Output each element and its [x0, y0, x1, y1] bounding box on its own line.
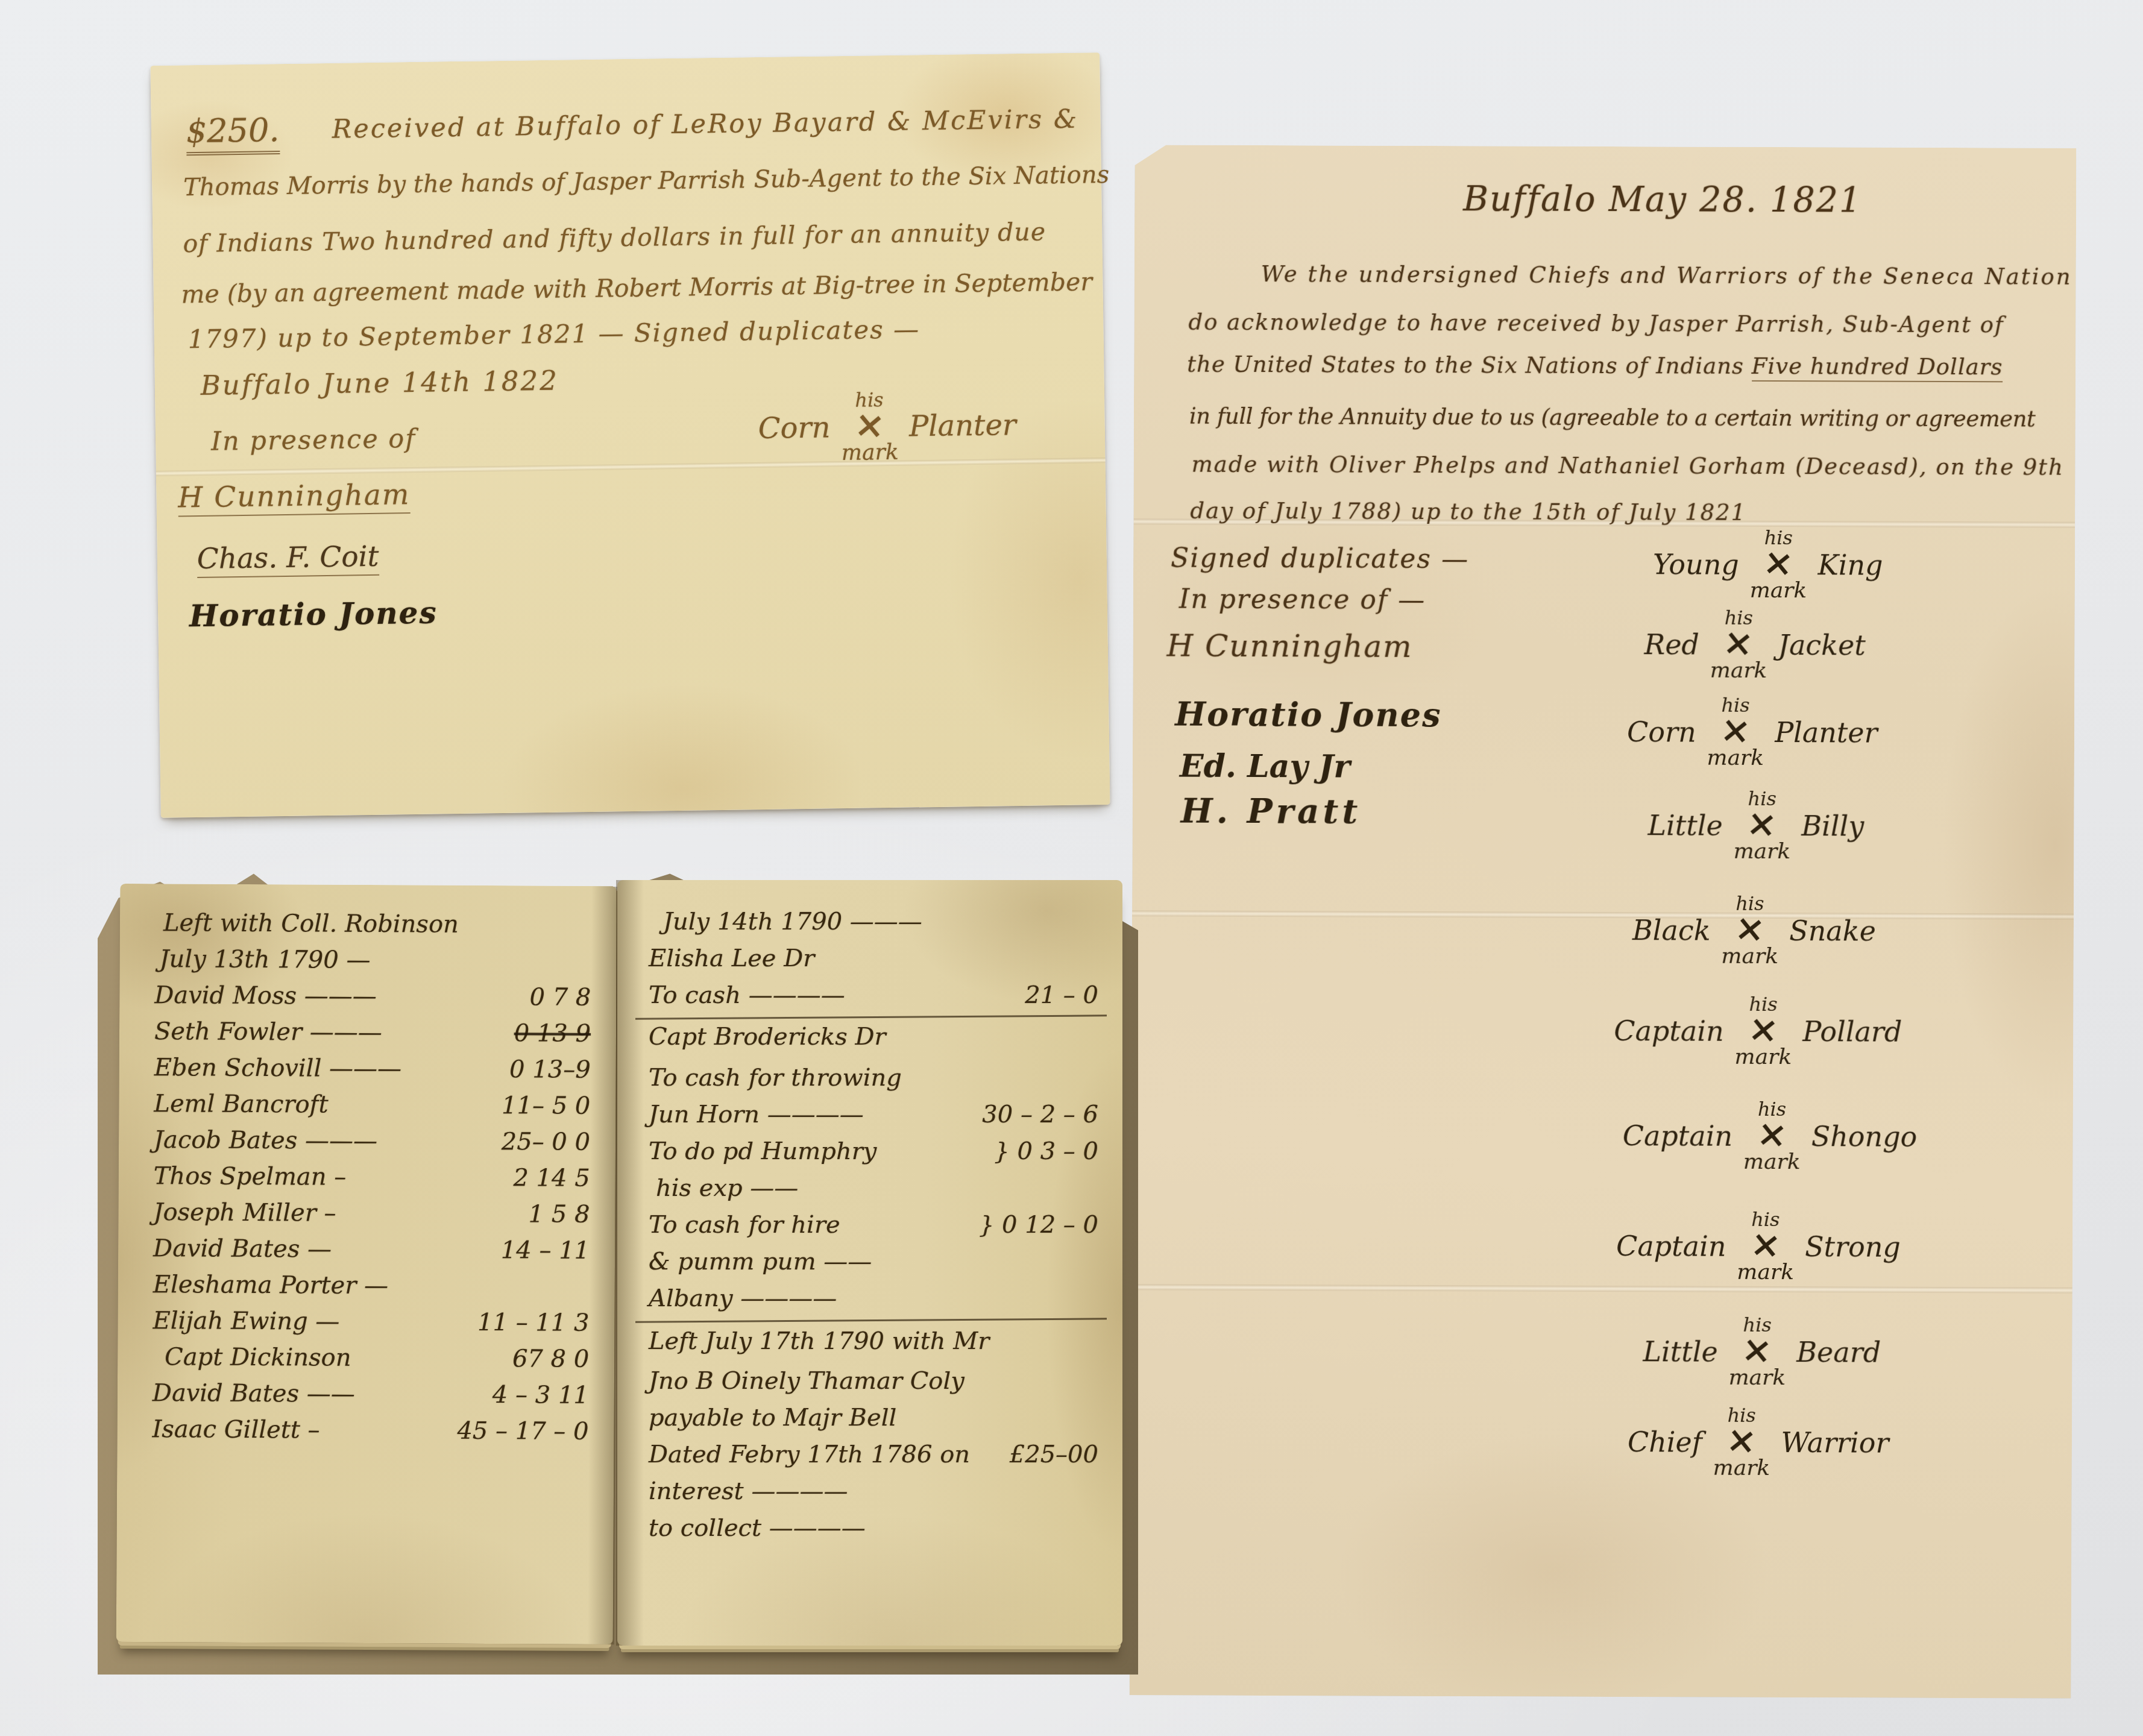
fold-crease: [1131, 1284, 2072, 1293]
ledger-entry: Eben Schovill ———0 13–9: [154, 1054, 591, 1092]
signature-mark-red-jacket: Red his×mark Jacket: [1644, 608, 1866, 682]
receipt-line: Thomas Morris by the hands of Jasper Par…: [183, 161, 1109, 201]
fold-crease: [1132, 910, 2074, 919]
his-mark-cross: his×mark: [1713, 1406, 1770, 1479]
his-mark-cross: his×mark: [1734, 995, 1792, 1068]
x-mark-icon: ×: [1761, 543, 1795, 582]
x-mark-icon: ×: [1740, 1330, 1774, 1370]
his-mark-cross: his×mark: [1707, 696, 1764, 769]
his-mark-cross: his×mark: [1737, 1210, 1794, 1283]
ledger-entry: July 14th 1790 ———: [663, 908, 1098, 945]
photo-backdrop: $250. Received at Buffalo of LeRoy Bayar…: [0, 0, 2143, 1736]
ledger-entry: Leml Bancroft11– 5 0: [154, 1090, 590, 1128]
receipt-document: $250. Received at Buffalo of LeRoy Bayar…: [150, 52, 1110, 818]
ledger-entry: Jno B Oinely Thamar Coly: [649, 1367, 1098, 1404]
his-mark-cross: his×mark: [1734, 789, 1791, 863]
annuity-letter-document: Buffalo May 28. 1821 We the undersigned …: [1130, 145, 2077, 1698]
letter-body-line: day of July 1788) up to the 15th of July…: [1190, 498, 1746, 526]
letter-body-line: We the undersigned Chiefs and Warriors o…: [1261, 261, 2072, 290]
ledger-entry: Elijah Ewing —11 – 11 3: [153, 1307, 589, 1345]
ledger-entry: Dated Febry 17th 1786 on£25–00: [649, 1441, 1098, 1477]
signature-pre-name: Corn: [758, 410, 830, 445]
signature-mark-captain-shongo: Captain his×mark Shongo: [1623, 1099, 1918, 1174]
ledger-entry: Eleshama Porter —: [153, 1271, 590, 1309]
letter-body-line: do acknowledge to have received by Jaspe…: [1188, 309, 2004, 338]
his-mark-cross: his×mark: [1750, 528, 1807, 602]
x-mark-icon: ×: [853, 406, 887, 444]
receipt-line: of Indians Two hundred and fifty dollars…: [183, 217, 1046, 258]
x-mark-icon: ×: [1745, 804, 1779, 843]
ledger-right-page-content: July 14th 1790 ——— Elisha Lee Dr To cash…: [617, 880, 1122, 1646]
letter-witness-pratt: H. Pratt: [1181, 791, 1362, 832]
x-mark-icon: ×: [1755, 1115, 1789, 1154]
ledger-entry: David Bates —14 – 11: [153, 1234, 590, 1273]
ledger-entry: Isaac Gillett –45 – 17 – 0: [152, 1415, 588, 1454]
letter-witness-ed-lay: Ed. Lay Jr: [1180, 748, 1350, 785]
ledger-entry: to collect ————: [649, 1514, 1098, 1551]
his-mark-cross: his×mark: [1710, 608, 1767, 682]
letter-witness-cunningham: H Cunningham: [1166, 628, 1412, 664]
signature-post-name: Planter: [909, 408, 1017, 443]
letter-dateline: Buffalo May 28. 1821: [1463, 179, 1862, 220]
signature-mark-chief-warrior: Chief his×mark Warrior: [1628, 1405, 1889, 1480]
ledger-entry: To cash ————21 – 0: [649, 981, 1098, 1018]
ledger-entry: interest ————: [649, 1477, 1098, 1514]
letter-body-line: in full for the Annuity due to us (agree…: [1189, 403, 2036, 432]
receipt-witness-cunningham: H Cunningham: [178, 478, 411, 517]
ledger-entry: Jun Horn ————30 – 2 – 6: [649, 1101, 1098, 1137]
receipt-dateline: Buffalo June 14th 1822: [200, 365, 559, 401]
x-mark-icon: ×: [1719, 711, 1752, 750]
ledger-entry: David Moss ———0 7 8: [154, 981, 591, 1020]
ledger-entry: Capt Brodericks Dr: [649, 1018, 1098, 1064]
signature-mark-captain-strong: Captain his×mark Strong: [1616, 1209, 1901, 1284]
ledger-left-page-content: Left with Coll. Robinson July 13th 1790 …: [116, 884, 617, 1644]
ledger-entry: Joseph Miller –1 5 8: [153, 1198, 590, 1237]
receipt-line: 1797) up to September 1821 — Signed dupl…: [187, 314, 920, 354]
cornplanter-signature-mark: Corn his × mark Planter: [758, 388, 1017, 465]
x-mark-icon: ×: [1722, 623, 1755, 662]
underlined-amount: Five hundred Dollars: [1752, 353, 2003, 382]
ledger-entry: payable to Majr Bell: [649, 1404, 1098, 1441]
receipt-amount: $250.: [186, 111, 280, 156]
his-mark-cross: his×mark: [1721, 894, 1778, 967]
ledger-entry: Capt Dickinson67 8 0: [165, 1343, 589, 1382]
receipt-line: me (by an agreement made with Robert Mor…: [181, 267, 1092, 309]
ledger-entry: Elisha Lee Dr: [649, 945, 1098, 981]
signature-mark-corn-planter: Corn his×mark Planter: [1627, 695, 1878, 769]
letter-in-presence-of: In presence of —: [1179, 584, 1426, 615]
x-mark-icon: ×: [1749, 1225, 1783, 1264]
his-mark-cross: his×mark: [1728, 1315, 1786, 1389]
ledger-right-page: July 14th 1790 ——— Elisha Lee Dr To cash…: [617, 880, 1122, 1646]
x-mark-icon: ×: [1746, 1010, 1780, 1049]
letter-witness-horatio-jones: Horatio Jones: [1175, 695, 1442, 735]
receipt-line: Received at Buffalo of LeRoy Bayard & Mc…: [332, 104, 1079, 145]
letter-body-line: made with Oliver Phelps and Nathaniel Go…: [1192, 451, 2064, 480]
ledger-entry: To cash for throwing: [649, 1064, 1098, 1101]
ledger-entry: Thos Spelman –2 14 5: [154, 1162, 590, 1201]
ledger-entry: Left July 17th 1790 with Mr: [649, 1321, 1098, 1367]
signature-mark-black-snake: Black his×mark Snake: [1632, 893, 1876, 967]
signature-mark-captain-pollard: Captain his×mark Pollard: [1614, 994, 1902, 1069]
x-mark-icon: ×: [1733, 909, 1767, 948]
signature-mark-little-beard: Little his×mark Beard: [1643, 1315, 1881, 1389]
signature-mark-little-billy: Little his×mark Billy: [1647, 788, 1864, 863]
his-mark-cross: his×mark: [1743, 1099, 1801, 1173]
ledger-entry: To do pd Humphry} 0 3 – 0: [649, 1137, 1098, 1174]
ledger-entry: Jacob Bates ———25– 0 0: [154, 1126, 590, 1165]
receipt-witness-heading: In presence of: [211, 424, 417, 457]
receipt-witness-horatio-jones: Horatio Jones: [189, 594, 438, 634]
signature-mark-young-king: Young his×mark King: [1653, 527, 1883, 602]
ledger-entry: To cash for hire} 0 12 – 0: [649, 1211, 1098, 1248]
receipt-witness-coit: Chas. F. Coit: [197, 540, 379, 578]
ledger-entry: & pumm pum ——: [649, 1248, 1098, 1285]
ledger-entry: July 13th 1790 —: [159, 945, 591, 984]
ledger-entry: Seth Fowler ———0 13 9: [154, 1017, 591, 1056]
ledger-entry: his exp ——: [656, 1174, 1098, 1211]
ledger-left-page: Left with Coll. Robinson July 13th 1790 …: [116, 884, 617, 1644]
his-mark-cross: his × mark: [840, 390, 898, 464]
x-mark-icon: ×: [1725, 1421, 1758, 1460]
letter-signed-duplicates: Signed duplicates —: [1171, 542, 1469, 574]
ledger-entry: Left with Coll. Robinson: [163, 909, 591, 948]
ledger-entry: David Bates ——4 – 3 11: [153, 1379, 589, 1418]
ledger-entry: Albany ————: [649, 1285, 1098, 1321]
letter-body-line: the United States to the Six Nations of …: [1187, 351, 2003, 380]
